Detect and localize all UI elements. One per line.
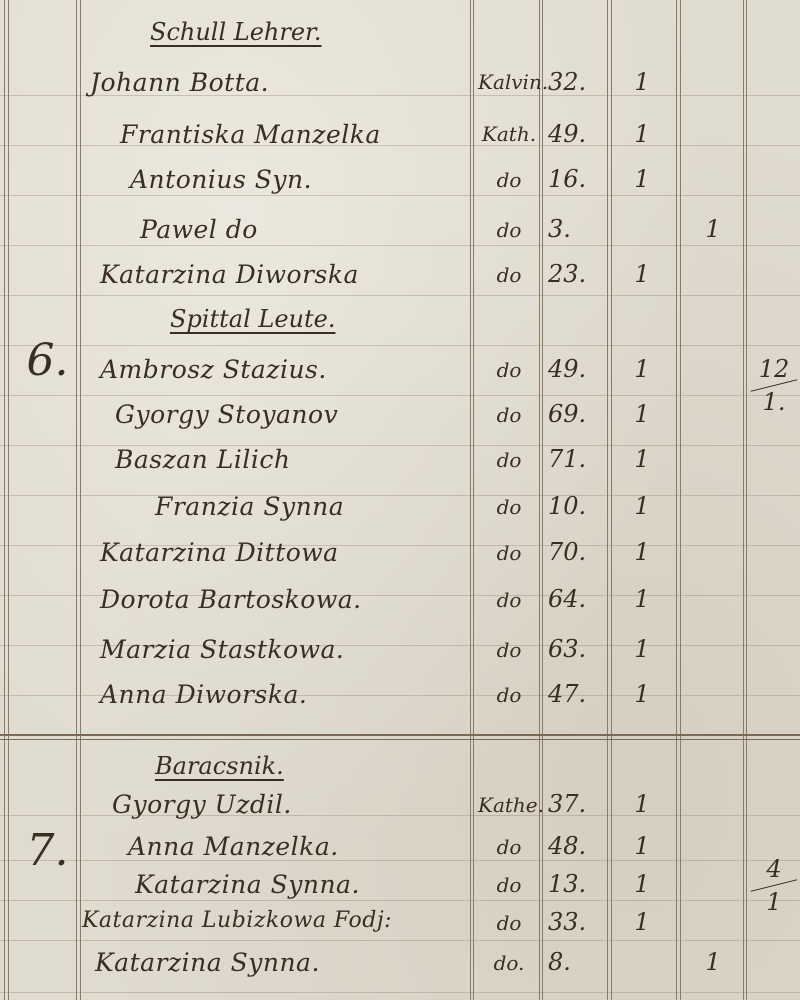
tally-col-1: 1 [612, 908, 672, 936]
household-tally: 4 1 [750, 855, 798, 916]
tally-bottom: 1 [766, 888, 781, 916]
occupation: do [478, 638, 540, 662]
tally-col-1: 1 [612, 355, 672, 383]
occupation: do [478, 168, 540, 192]
person-name: Katarzina Synna. [135, 870, 360, 899]
age: 69. [548, 400, 608, 428]
age: 49. [548, 355, 608, 383]
column-rule [470, 0, 471, 1000]
tally-col-2: 1 [683, 948, 743, 976]
column-rule [746, 0, 747, 1000]
person-name: Katarzina Lubizkowa Fodj: [82, 908, 392, 933]
occupation: Kath. [478, 122, 540, 146]
person-name: Antonius Syn. [130, 165, 312, 194]
person-name: Marzia Stastkowa. [100, 635, 344, 664]
tally-bottom: 1. [763, 388, 786, 416]
person-name: Frantiska Manzelka [120, 120, 381, 149]
person-name: Anna Diworska. [100, 680, 307, 709]
occupation: do [478, 683, 540, 707]
person-name: Pawel do [140, 215, 258, 244]
column-rule [8, 0, 9, 1000]
column-rule [76, 0, 77, 1000]
tally-col-2: 1 [683, 215, 743, 243]
column-rule [4, 0, 5, 1000]
age: 71. [548, 445, 608, 473]
occupation: do [478, 263, 540, 287]
age: 23. [548, 260, 608, 288]
age: 37. [548, 790, 608, 818]
person-name: Franzia Synna [155, 492, 344, 521]
age: 70. [548, 538, 608, 566]
person-name: Johann Botta. [90, 68, 269, 97]
occupation: Kalvin. [478, 70, 540, 94]
person-name: Anna Manzelka. [128, 832, 339, 861]
occupation: do. [478, 951, 540, 975]
tally-col-1: 1 [612, 68, 672, 96]
occupation: do [478, 835, 540, 859]
occupation: do [478, 911, 540, 935]
occupation: do [478, 588, 540, 612]
household-separator [0, 734, 800, 736]
household-separator [0, 739, 800, 740]
tally-col-1: 1 [612, 832, 672, 860]
house-number: 6. [20, 335, 75, 386]
tally-col-1: 1 [612, 585, 672, 613]
tally-top: 4 [766, 855, 781, 883]
age: 32. [548, 68, 608, 96]
tally-col-1: 1 [612, 120, 672, 148]
age: 3. [548, 215, 608, 243]
age: 10. [548, 492, 608, 520]
ledger-page: Schull Lehrer. Johann Botta. Kalvin. 32.… [0, 0, 800, 1000]
column-rule [680, 0, 681, 1000]
person-name: Ambrosz Stazius. [100, 355, 327, 384]
column-rule [676, 0, 677, 1000]
section-heading: Baracsnik. [155, 752, 284, 780]
column-rule [542, 0, 543, 1000]
occupation: do [478, 495, 540, 519]
person-name: Katarzina Synna. [95, 948, 320, 977]
person-name: Gyorgy Uzdil. [112, 790, 292, 819]
tally-top: 12 [759, 355, 790, 383]
tally-col-1: 1 [612, 635, 672, 663]
tally-col-1: 1 [612, 165, 672, 193]
tally-col-1: 1 [612, 680, 672, 708]
age: 64. [548, 585, 608, 613]
tally-col-1: 1 [612, 260, 672, 288]
section-heading: Spittal Leute. [170, 305, 335, 333]
person-name: Baszan Lilich [115, 445, 290, 474]
age: 16. [548, 165, 608, 193]
tally-col-1: 1 [612, 400, 672, 428]
person-name: Katarzina Diworska [100, 260, 359, 289]
column-rule [80, 0, 81, 1000]
age: 63. [548, 635, 608, 663]
occupation: do [478, 403, 540, 427]
occupation: do [478, 541, 540, 565]
occupation: do [478, 218, 540, 242]
tally-col-1: 1 [612, 870, 672, 898]
occupation: Kathe. [478, 793, 540, 817]
age: 49. [548, 120, 608, 148]
age: 47. [548, 680, 608, 708]
age: 8. [548, 948, 608, 976]
age: 13. [548, 870, 608, 898]
column-rule [743, 0, 744, 1000]
occupation: do [478, 358, 540, 382]
household-tally: 12 1. [750, 355, 798, 416]
tally-col-1: 1 [612, 492, 672, 520]
column-rule [473, 0, 474, 1000]
occupation: do [478, 448, 540, 472]
tally-col-1: 1 [612, 445, 672, 473]
section-heading: Schull Lehrer. [150, 18, 322, 46]
tally-col-1: 1 [612, 790, 672, 818]
tally-col-1: 1 [612, 538, 672, 566]
person-name: Dorota Bartoskowa. [100, 585, 362, 614]
house-number: 7. [20, 825, 75, 876]
person-name: Katarzina Dittowa [100, 538, 339, 567]
person-name: Gyorgy Stoyanov [115, 400, 338, 429]
age: 33. [548, 908, 608, 936]
occupation: do [478, 873, 540, 897]
age: 48. [548, 832, 608, 860]
